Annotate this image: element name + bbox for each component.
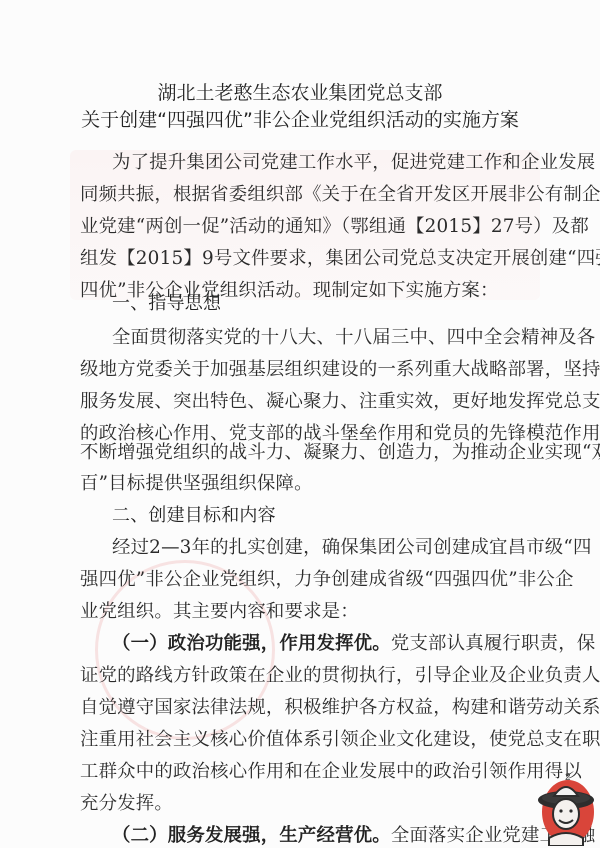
document-page: 湖北土老憨生态农业集团党总支部 关于创建“四强四优”非公企业党组织活动的实施方案… [0, 0, 600, 848]
section1-line: 全面贯彻落实党的十八大、十八届三中、四中全会精神及各 [112, 326, 552, 350]
item2-first-line: （二）服务发展强，生产经营优。全面落实企业党建工作融 [112, 824, 552, 848]
section1-line: 级地方党委关于加强基层组织建设的一系列重大战略部署，坚持 [80, 358, 520, 382]
section-heading-goals-content: 二、创建目标和内容 [112, 504, 552, 528]
section1-line: 服务发展、突出特色、凝心聚力、注重实效，更好地发挥党总支 [80, 390, 520, 414]
section-heading-guiding-ideology: 一、指导思想 [112, 292, 552, 316]
item1-line: 注重用社会主义核心价值体系引领企业文化建设，使党总支在职 [80, 728, 520, 752]
section2-line: 经过2—3年的扎实创建，确保集团公司创建成宜昌市级“四 [112, 536, 552, 560]
section1-line: 不断增强党组织的战斗力、凝聚力、创造力，为推动企业实现“双 [80, 441, 520, 465]
section1-line: 百”目标提供坚强组织保障。 [80, 472, 520, 496]
item1-first-rest: 党支部认真履行职责，保 [391, 633, 596, 654]
intro-line: 组发【2015】9号文件要求，集团公司党总支决定开展创建“四强 [80, 247, 520, 271]
item2-lead: （二）服务发展强，生产经营优。 [112, 825, 391, 846]
item1-lead: （一）政治功能强，作用发挥优。 [112, 633, 391, 654]
section2-line: 业党组织。其主要内容和要求是： [80, 600, 520, 624]
section2-line: 强四优”非公企业党组织，力争创建成省级“四强四优”非公企 [80, 568, 520, 592]
farmer-mascot-logo-icon [535, 774, 597, 846]
document-title-line1: 湖北土老憨生态农业集团党总支部 [0, 78, 600, 105]
item1-line: 证党的路线方针政策在企业的贯彻执行，引导企业及企业负责人 [80, 664, 520, 688]
item1-line: 工群众中的政治核心作用和在企业发展中的政治引领作用得以 [80, 760, 520, 784]
intro-line: 为了提升集团公司党建工作水平，促进党建工作和企业发展 [112, 151, 552, 175]
item1-line: 自觉遵守国家法律法规，积极维护各方权益，构建和谐劳动关系， [80, 696, 520, 720]
document-title-line2: 关于创建“四强四优”非公企业党组织活动的实施方案 [0, 105, 600, 132]
item1-first-line: （一）政治功能强，作用发挥优。党支部认真履行职责，保 [112, 632, 552, 656]
item1-line: 充分发挥。 [80, 792, 520, 816]
intro-line: 业党建“两创一促”活动的通知》（鄂组通【2015】27号）及都 [80, 215, 520, 239]
intro-line: 同频共振，根据省委组织部《关于在全省开发区开展非公有制企 [80, 183, 520, 207]
